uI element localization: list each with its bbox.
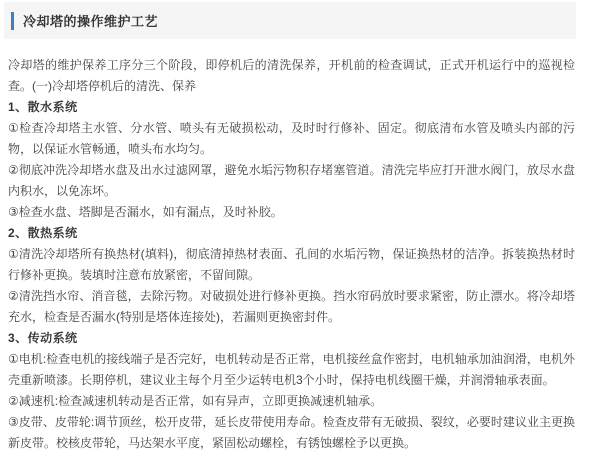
- article-content: 冷却塔的维护保养工序分三个阶段，即停机后的清洗保养，开机前的检查调试，正式开机运…: [0, 39, 600, 450]
- section-2-step-1: ①清洗冷却塔所有换热材(填料)，彻底清掉热材表面、孔间的水垢污物，保证换热材的洁…: [8, 244, 575, 286]
- section-3-heading: 3、传动系统: [8, 328, 575, 349]
- page-header: 冷却塔的操作维护工艺: [4, 2, 576, 39]
- section-3-step-1: ①电机:检查电机的接线端子是否完好，电机转动是否正常，电机接丝盒作密封，电机轴承…: [8, 349, 575, 391]
- document-page: 冷却塔的操作维护工艺 冷却塔的维护保养工序分三个阶段，即停机后的清洗保养，开机前…: [0, 2, 600, 450]
- section-1-step-2: ②彻底冲洗冷却塔水盘及出水过滤网罩，避免水垢污物积存堵塞管道。清洗完毕应打开泄水…: [8, 160, 575, 202]
- page-title: 冷却塔的操作维护工艺: [23, 11, 158, 30]
- section-2-step-2: ②清洗挡水帘、消音毯，去除污物。对破损处进行修补更换。挡水帘码放时要求紧密，防止…: [8, 286, 575, 328]
- section-1-step-1: ①检查冷却塔主水管、分水管、喷头有无破损松动，及时时行修补、固定。彻底清布水管及…: [8, 118, 575, 160]
- section-1-step-3: ③检查水盘、塔脚是否漏水，如有漏点，及时补胶。: [8, 202, 575, 223]
- section-1-heading: 1、散水系统: [8, 97, 575, 118]
- section-3-step-2: ②减速机:检查减速机转动是否正常，如有异声，立即更换减速机轴承。: [8, 391, 575, 412]
- section-2-heading: 2、散热系统: [8, 223, 575, 244]
- section-3-step-3: ③皮带、皮带轮:调节顶丝，松开皮带，延长皮带使用寿命。检查皮带有无破损、裂纹，必…: [8, 412, 575, 450]
- intro-paragraph: 冷却塔的维护保养工序分三个阶段，即停机后的清洗保养，开机前的检查调试，正式开机运…: [8, 55, 575, 97]
- title-accent-bar: [11, 12, 14, 30]
